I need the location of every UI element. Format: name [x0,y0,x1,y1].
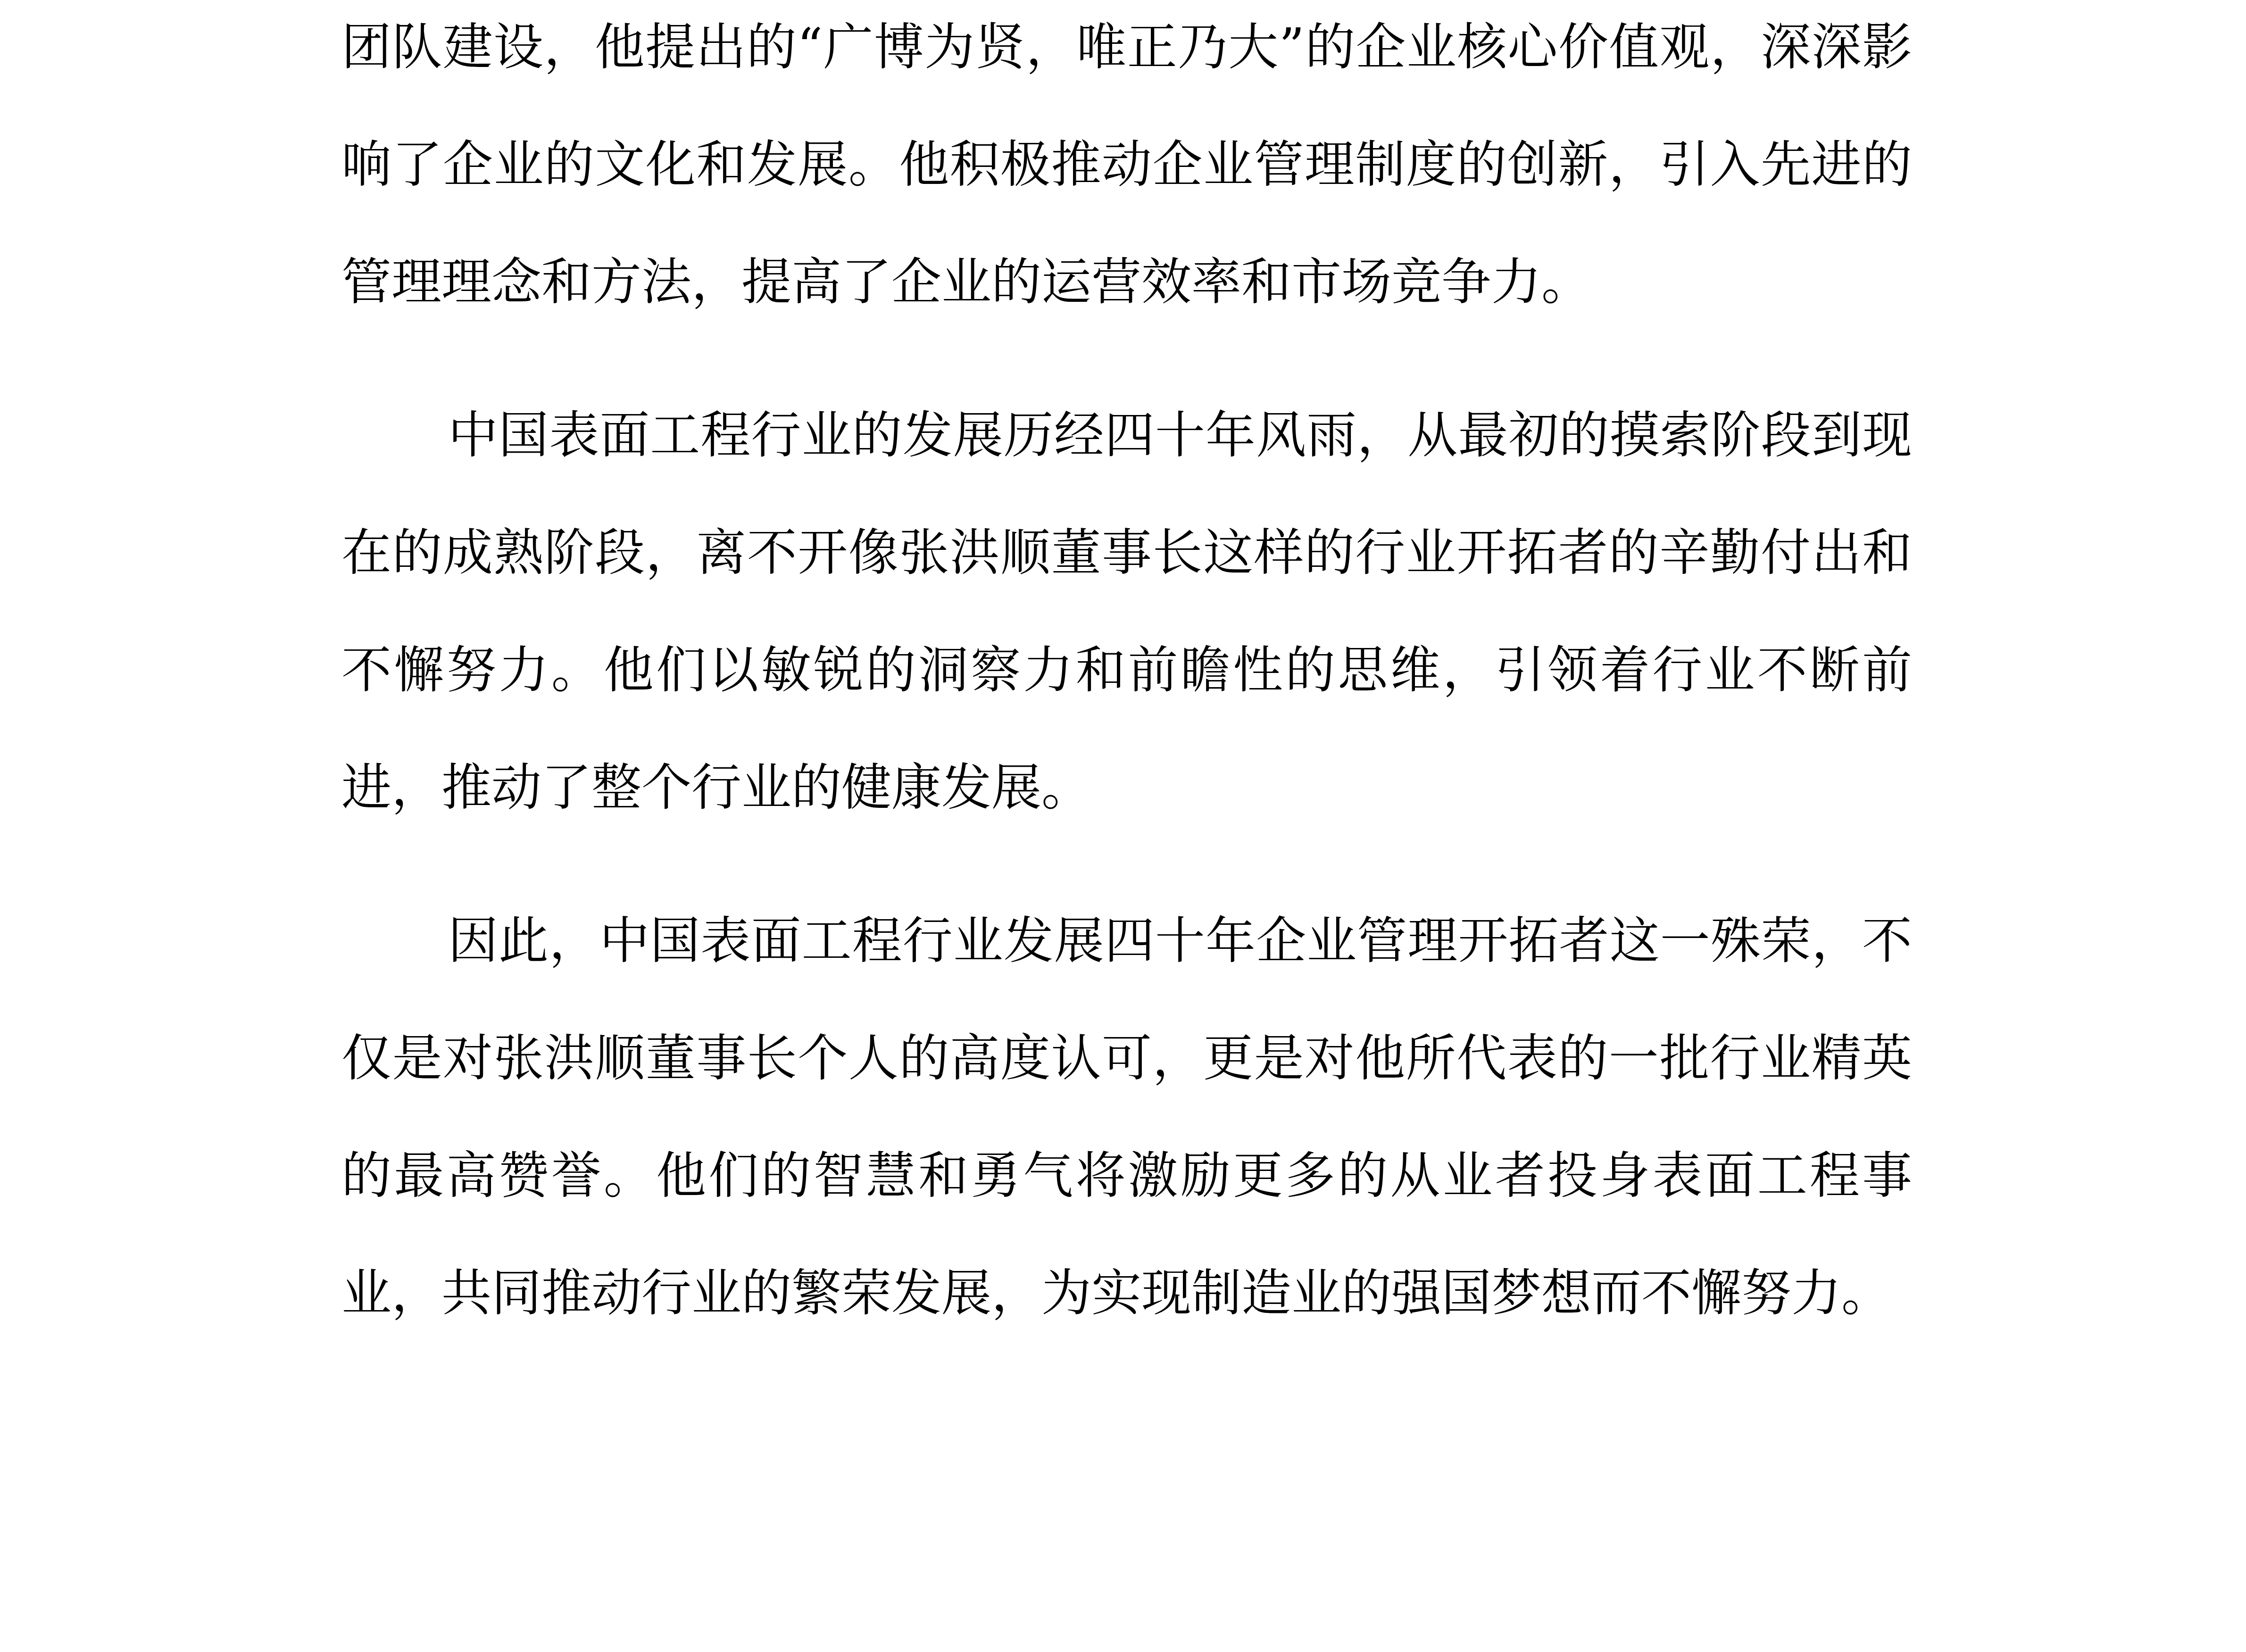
paragraph-industry-development: 中国表面工程行业的发展历经四十年风雨，从最初的摸索阶段到现在的成熟阶段，离不开像… [341,376,1912,846]
document-body: 团队建设，他提出的“广博为贤，唯正乃大”的企业核心价值观，深深影响了企业的文化和… [341,0,1912,1352]
paragraph-continuation: 团队建设，他提出的“广博为贤，唯正乃大”的企业核心价值观，深深影响了企业的文化和… [341,0,1912,340]
document-page: 团队建设，他提出的“广博为贤，唯正乃大”的企业核心价值观，深深影响了企业的文化和… [0,0,2246,1652]
paragraph-honor-conclusion: 因此，中国表面工程行业发展四十年企业管理开拓者这一殊荣，不仅是对张洪顺董事长个人… [341,882,1912,1352]
